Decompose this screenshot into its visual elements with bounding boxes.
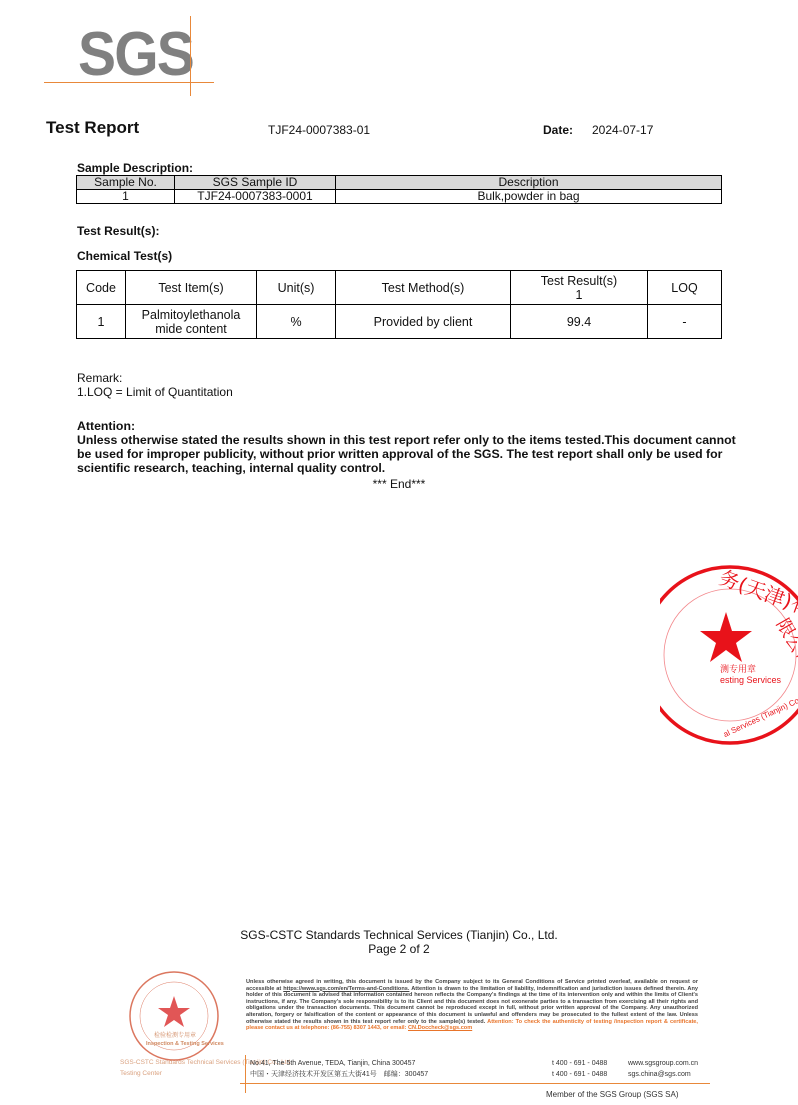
footer-divider-vertical: [245, 1055, 246, 1093]
attention-label: Attention:: [77, 419, 737, 433]
date-label: Date:: [543, 123, 573, 137]
svg-text:测专用章: 测专用章: [720, 663, 756, 675]
table-cell: Palmitoylethanola mide content: [126, 305, 257, 339]
column-header: LOQ: [648, 271, 722, 305]
table-row: 1 TJF24-0007383-0001 Bulk,powder in bag: [77, 190, 722, 204]
address-cn: 中国・天津经济技术开发区第五大街41号 邮编：300457: [250, 1069, 428, 1080]
email-link[interactable]: sgs.china@sgs.com: [628, 1069, 698, 1080]
sample-description-heading: Sample Description:: [77, 161, 193, 175]
table-cell: 99.4: [511, 305, 648, 339]
column-header-result: Test Result(s) 1: [511, 271, 648, 305]
footer-address: No.41, The 5th Avenue, TEDA, Tianjin, Ch…: [250, 1058, 428, 1080]
footer-phones: t 400 - 691 - 0488 t 400 - 691 - 0488: [552, 1058, 607, 1080]
legal-disclaimer: Unless otherwise agreed in writing, this…: [246, 979, 698, 1032]
remark-section: Remark: 1.LOQ = Limit of Quantitation: [77, 371, 233, 399]
star-icon: [700, 612, 752, 662]
table-cell: 1: [77, 190, 175, 204]
remark-label: Remark:: [77, 371, 233, 385]
table-row: 1 Palmitoylethanola mide content % Provi…: [77, 305, 722, 339]
svg-text:al Services (Tianjin) Co.: al Services (Tianjin) Co.: [722, 695, 798, 739]
table-cell: %: [257, 305, 336, 339]
address-en: No.41, The 5th Avenue, TEDA, Tianjin, Ch…: [250, 1058, 428, 1069]
table-cell: Provided by client: [336, 305, 511, 339]
logo-horizontal-line: [44, 82, 214, 83]
logo-vertical-line: [190, 16, 191, 96]
attention-section: Attention: Unless otherwise stated the r…: [77, 419, 737, 475]
svg-text:限公司: 限公司: [772, 615, 798, 672]
svg-text:esting Services: esting Services: [720, 675, 782, 685]
doccheck-email-link[interactable]: CN.Doccheck@sgs.com: [408, 1025, 472, 1031]
footer-stamp: 检验检测专用章 Inspection & Testing Services: [108, 966, 240, 1062]
table-cell: TJF24-0007383-0001: [175, 190, 336, 204]
column-header: Code: [77, 271, 126, 305]
column-header: SGS Sample ID: [175, 176, 336, 190]
attention-text: Unless otherwise stated the results show…: [77, 433, 737, 475]
footer-stamp-cn: 检验检测专用章: [154, 1031, 196, 1039]
star-icon: [158, 996, 190, 1027]
svg-text:务(天津)有: 务(天津)有: [716, 565, 798, 620]
svg-text:Inspection & Testing Services: Inspection & Testing Services: [146, 1041, 224, 1047]
table-cell: 1: [77, 305, 126, 339]
test-results-heading: Test Result(s):: [77, 224, 159, 238]
company-name: SGS-CSTC Standards Technical Services (T…: [0, 928, 798, 942]
sample-description-table: Sample No. SGS Sample ID Description 1 T…: [76, 175, 722, 204]
footer-contacts: www.sgsgroup.com.cn sgs.china@sgs.com: [628, 1058, 698, 1080]
table-cell: -: [648, 305, 722, 339]
date-value: 2024-07-17: [592, 123, 653, 137]
chemical-test-table: Code Test Item(s) Unit(s) Test Method(s)…: [76, 270, 722, 339]
column-header: Unit(s): [257, 271, 336, 305]
end-marker: *** End***: [0, 477, 798, 491]
column-header: Test Item(s): [126, 271, 257, 305]
logo-text: SGS: [78, 24, 193, 86]
chemical-tests-heading: Chemical Test(s): [77, 249, 172, 263]
report-number: TJF24-0007383-01: [268, 123, 370, 137]
phone-2: t 400 - 691 - 0488: [552, 1069, 607, 1080]
footer-divider-horizontal: [240, 1083, 710, 1084]
member-of-sgs: Member of the SGS Group (SGS SA): [546, 1090, 679, 1099]
page-number: Page 2 of 2: [0, 942, 798, 956]
result-header-label: Test Result(s): [511, 274, 647, 288]
sgs-logo: SGS: [44, 14, 216, 96]
website-link[interactable]: www.sgsgroup.com.cn: [628, 1058, 698, 1069]
column-header: Description: [336, 176, 722, 190]
official-stamp: 务(天津)有 限公司 测专用章 esting Services al Servi…: [660, 560, 798, 750]
result-header-sample: 1: [511, 288, 647, 302]
terms-link[interactable]: https://www.sgs.com/en/Terms-and-Conditi…: [283, 986, 409, 992]
column-header: Sample No.: [77, 176, 175, 190]
remark-item: 1.LOQ = Limit of Quantitation: [77, 385, 233, 399]
page-title: Test Report: [46, 118, 139, 138]
table-cell: Bulk,powder in bag: [336, 190, 722, 204]
phone-1: t 400 - 691 - 0488: [552, 1058, 607, 1069]
footer-company: SGS-CSTC Standards Technical Services (T…: [0, 928, 798, 956]
column-header: Test Method(s): [336, 271, 511, 305]
